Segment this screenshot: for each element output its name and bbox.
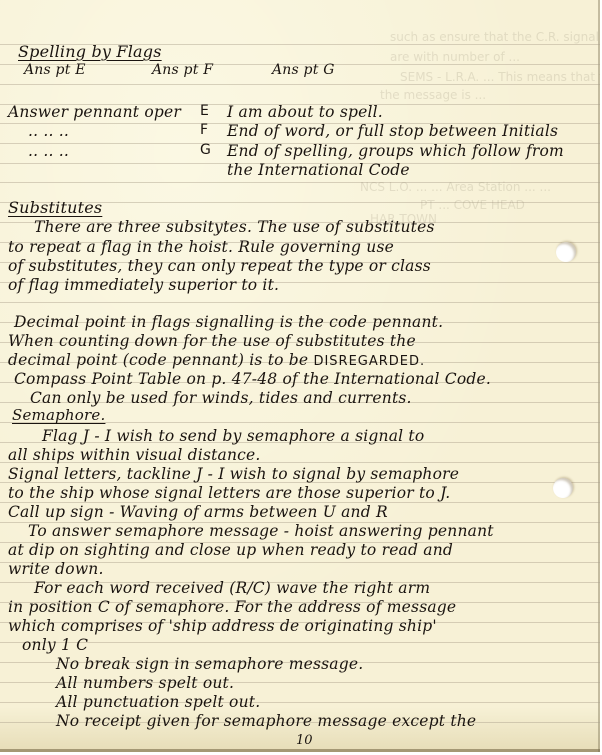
paragraph-line: all ships within visual distance.: [8, 446, 261, 464]
page-number: 10: [296, 733, 313, 748]
table-row-left: .. .. ..: [28, 122, 69, 140]
paragraph-line: There are three subsitytes. The use of s…: [34, 218, 435, 236]
table-row-meaning: End of spelling, groups which follow fro…: [227, 142, 564, 160]
subheader-ans-pt-f: Ans pt F: [152, 62, 213, 78]
table-row-meaning: I am about to spell.: [227, 103, 383, 121]
paragraph-line: Can only be used for winds, tides and cu…: [30, 389, 412, 407]
paragraph-line: No receipt given for semaphore message e…: [56, 712, 476, 730]
table-row-letter: G: [200, 142, 211, 158]
punch-hole: [556, 242, 576, 262]
paragraph-line: To answer semaphore message - hoist answ…: [28, 522, 494, 540]
paragraph-line: All numbers spelt out.: [56, 674, 234, 692]
show-through-text: are with number of ...: [390, 50, 520, 64]
ruled-line: [0, 84, 600, 85]
paragraph-line: only 1 C: [22, 636, 88, 654]
section-heading-spelling-by-flags: Spelling by Flags: [18, 42, 162, 61]
paragraph-line: write down.: [8, 560, 104, 578]
show-through-text: the message is ...: [380, 88, 486, 102]
paragraph-line: When counting down for the use of substi…: [8, 332, 416, 350]
paragraph-line: which comprises of 'ship address de orig…: [8, 617, 437, 635]
paragraph-line: No break sign in semaphore message.: [56, 655, 363, 673]
notebook-page: such as ensure that the C.R. signal, wit…: [0, 0, 600, 752]
paragraph-line: All punctuation spelt out.: [56, 693, 260, 711]
ruled-line: [0, 302, 600, 303]
paragraph-line: For each word received (R/C) wave the ri…: [34, 579, 430, 597]
paragraph-line: at dip on sighting and close up when rea…: [8, 541, 453, 559]
paragraph-line: of flag immediately superior to it.: [8, 276, 279, 294]
table-row-left: .. .. ..: [28, 142, 69, 160]
paragraph-line: decimal point (code pennant) is to be DI…: [8, 351, 425, 369]
subheader-ans-pt-g: Ans pt G: [272, 62, 335, 78]
paragraph-line: to repeat a flag in the hoist. Rule gove…: [8, 238, 394, 256]
table-row-letter: E: [200, 103, 209, 119]
ruled-line: [0, 642, 600, 643]
subheader-ans-pt-e: Ans pt E: [24, 62, 86, 78]
section-heading-substitutes: Substitutes: [8, 198, 102, 217]
show-through-text: NCS L.O. ... ... Area Station ... ...: [360, 180, 551, 194]
paragraph-line: in position C of semaphore. For the addr…: [8, 598, 456, 616]
show-through-text: PT ... COVE HEAD: [420, 198, 525, 212]
table-row-letter: F: [200, 122, 208, 138]
paragraph-line: Call up sign - Waving of arms between U …: [8, 503, 388, 521]
paragraph-line: Signal letters, tackline J - I wish to s…: [8, 465, 459, 483]
show-through-text: such as ensure that the C.R. signal, wit…: [390, 30, 600, 44]
paragraph-line: Compass Point Table on p. 47-48 of the I…: [14, 370, 491, 388]
emphasis-disregarded: DISREGARDED.: [313, 354, 425, 369]
paragraph-line: Flag J - I wish to send by semaphore a s…: [42, 427, 424, 445]
paragraph-line: Decimal point in flags signalling is the…: [14, 313, 443, 331]
table-row-left: Answer pennant oper: [8, 103, 181, 121]
punch-hole: [553, 478, 573, 498]
paragraph-text: decimal point (code pennant) is to be: [8, 351, 308, 369]
section-heading-semaphore: Semaphore.: [12, 406, 105, 424]
table-row-meaning: the International Code: [227, 161, 410, 179]
table-row-meaning: End of word, or full stop between Initia…: [227, 122, 558, 140]
show-through-text: SEMS - L.R.A. ... This means that the si…: [400, 70, 600, 84]
paragraph-line: to the ship whose signal letters are tho…: [8, 484, 450, 502]
paragraph-line: of substitutes, they can only repeat the…: [8, 257, 431, 275]
